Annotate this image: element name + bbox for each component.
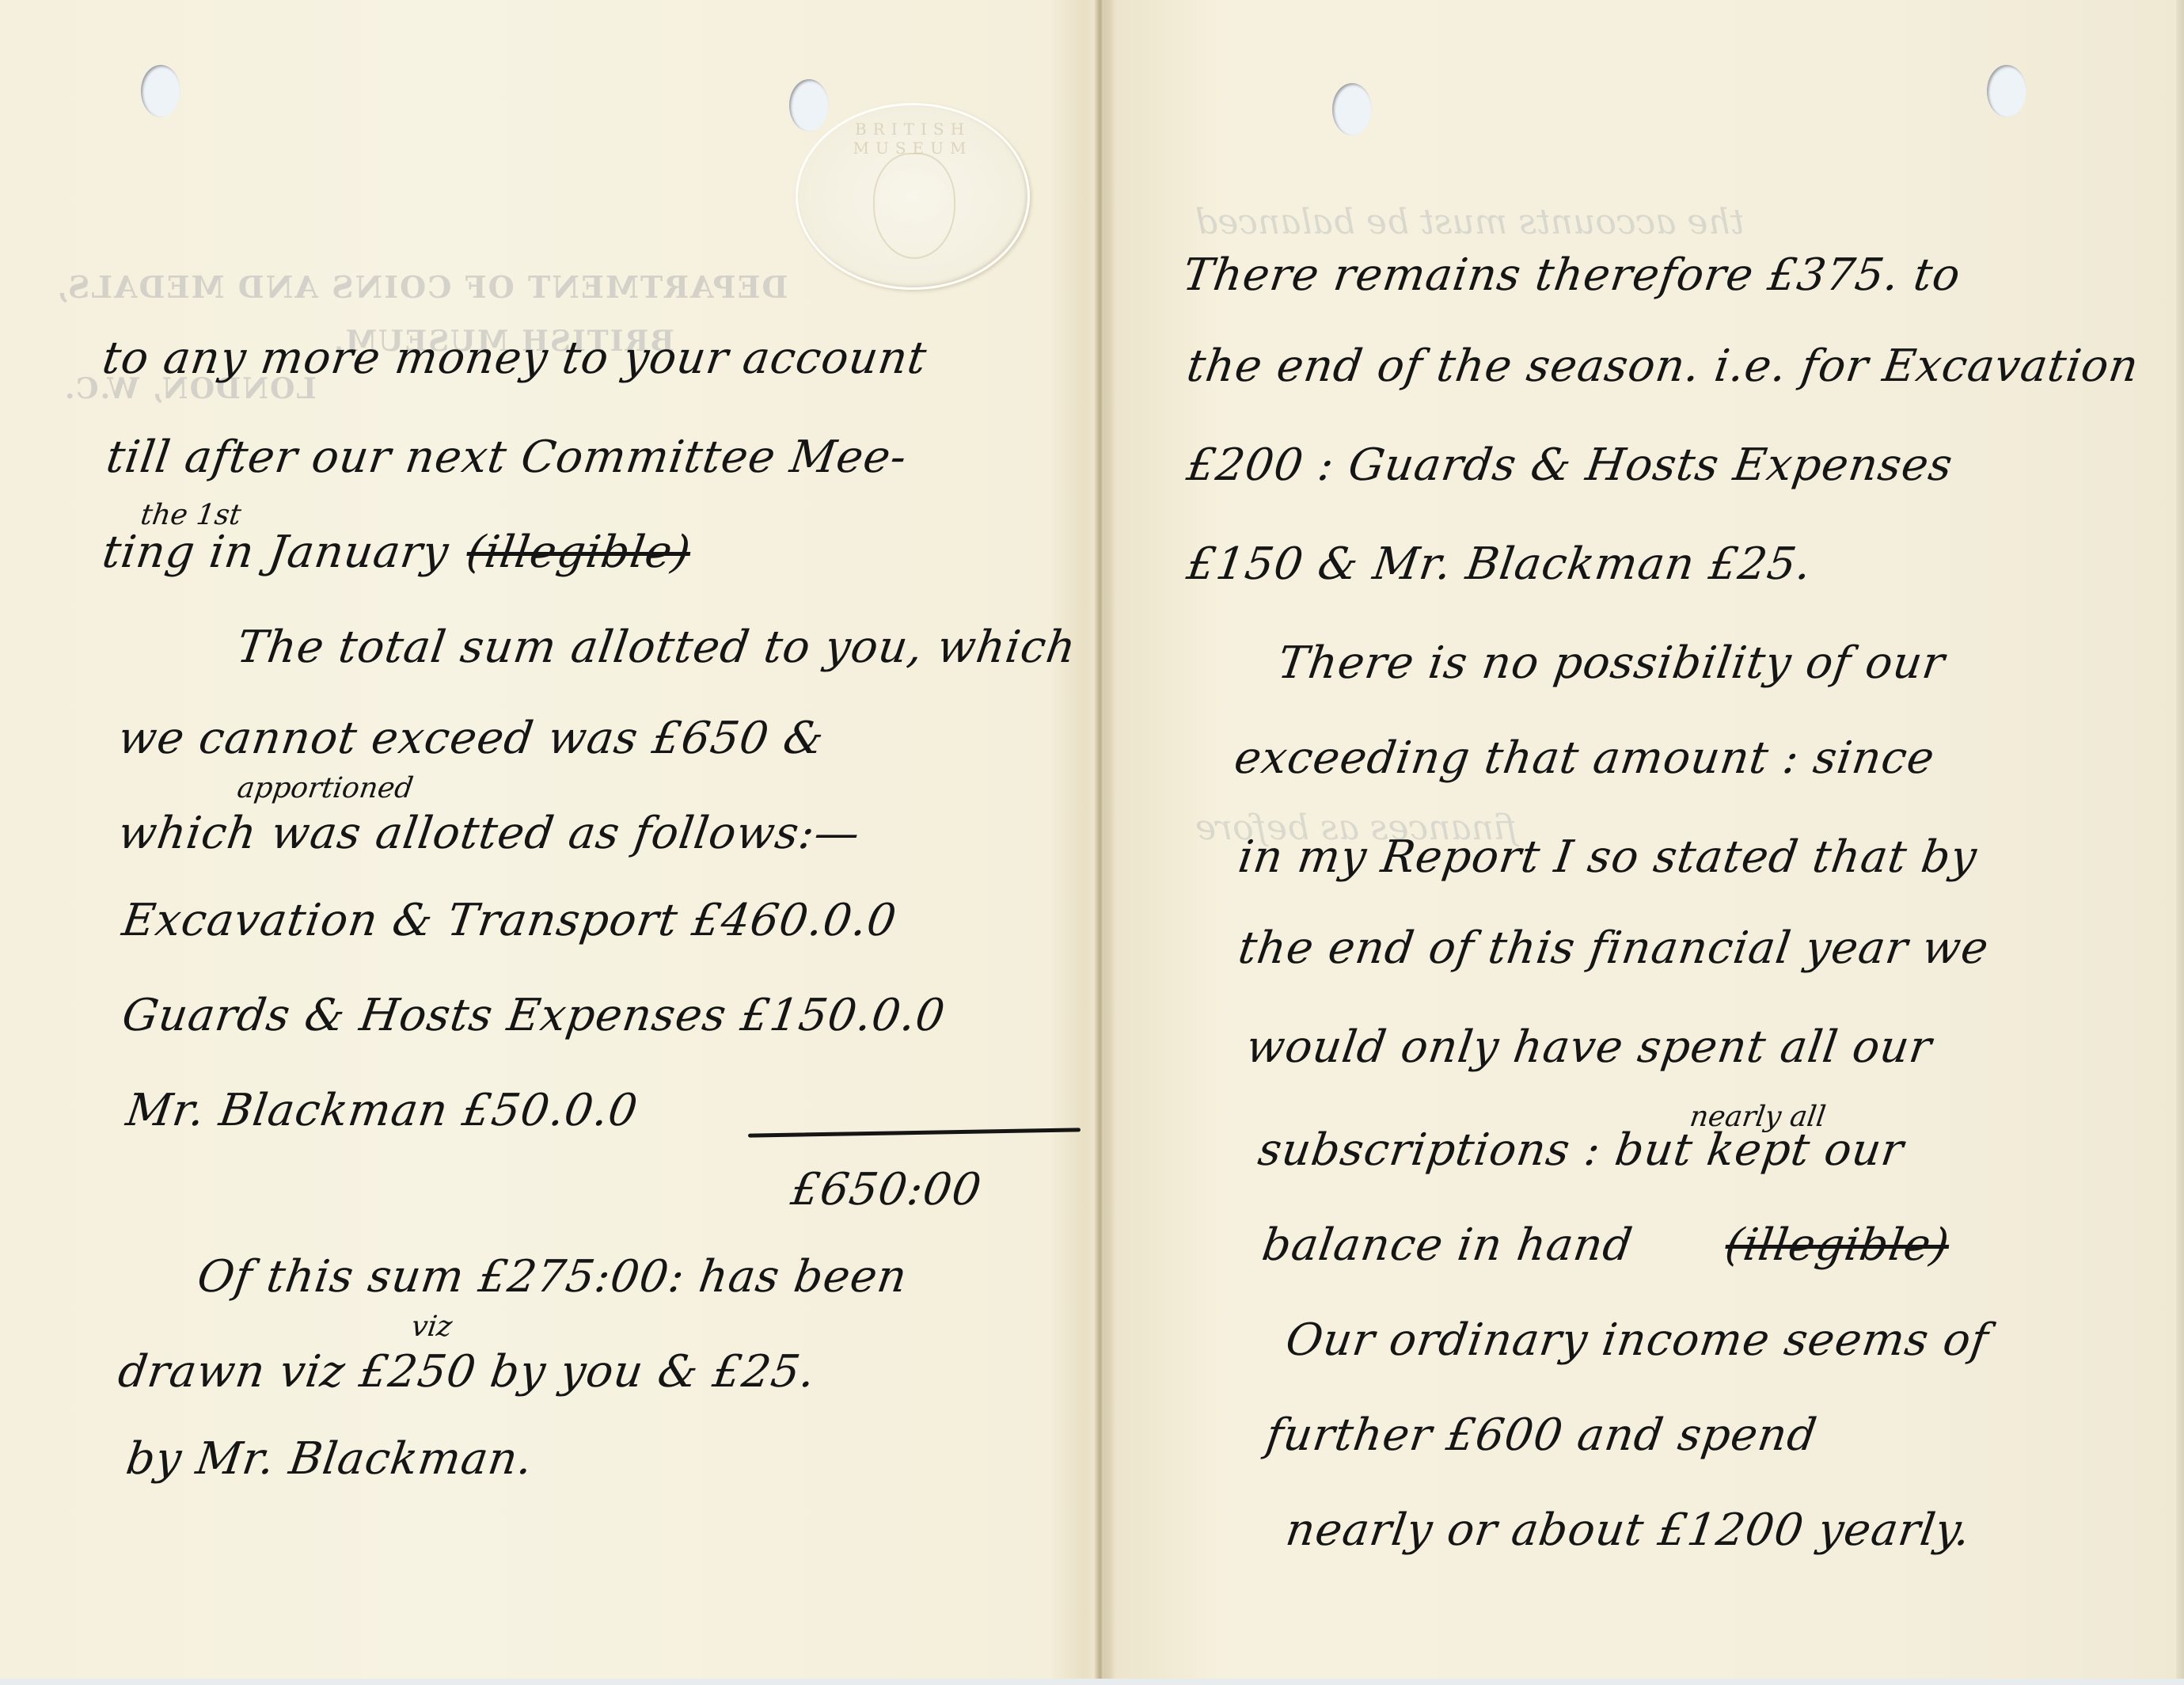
punch-hole-icon (141, 65, 180, 117)
struck-text: (illegible) (463, 527, 693, 578)
letter-line: by Mr. Blackman. (123, 1433, 536, 1485)
letter-line: The total sum allotted to you, which (234, 622, 1079, 673)
letter-line: in my Report I so stated that by (1235, 831, 1980, 883)
budget-row: Mr. Blackman £50.0.0 (123, 1085, 641, 1136)
letter-line: exceeding that amount : since (1231, 732, 1938, 784)
letter-line: the end of this financial year we (1235, 922, 1992, 974)
letter-line: There remains therefore £375. to (1179, 249, 1963, 301)
letter-line: would only have spent all our (1243, 1021, 1935, 1073)
letter-line: till after our next Committee Mee- (103, 432, 910, 483)
letter-line: which was allotted as follows:— (115, 808, 863, 859)
letter-line: There is no possibility of our (1274, 637, 1948, 689)
inserted-text: apportioned (235, 772, 415, 804)
letter-line: subscriptions : but kept our (1255, 1124, 1907, 1176)
letter-line: we cannot exceed was £650 & (115, 713, 827, 764)
letter-line: Of this sum £275:00: has been (194, 1251, 910, 1303)
letter-line: Our ordinary income seems of (1282, 1314, 1992, 1366)
scan-bottom-edge (0, 1679, 2184, 1685)
punch-hole-icon (1987, 65, 2026, 117)
letter-line: drawn viz £250 by you & £25. (115, 1346, 819, 1398)
struck-text: (illegible) (1722, 1219, 1952, 1271)
budget-row: Guards & Hosts Expenses £150.0.0 (119, 990, 948, 1041)
right-page: the accounts must be balanced finances a… (1108, 0, 2184, 1685)
letter-line: to any more money to your account (99, 333, 930, 384)
letter-line: £200 : Guards & Hosts Expenses (1183, 439, 1956, 491)
letter-line: ting in January (99, 527, 452, 578)
crest-icon (873, 153, 955, 259)
letter-line: the end of the season. i.e. for Excavati… (1183, 340, 2142, 392)
seal-text: BRITISH MUSEUM (798, 120, 1027, 158)
letter-line: balance in hand (1259, 1219, 1635, 1271)
budget-row: Excavation & Transport £460.0.0 (119, 895, 899, 946)
letter-spread: BRITISH MUSEUM DEPARTMENT OF COINS AND M… (0, 0, 2184, 1685)
inserted-text: viz (409, 1310, 454, 1343)
letter-line: nearly or about £1200 yearly. (1282, 1504, 1973, 1556)
embossed-seal: BRITISH MUSEUM (796, 103, 1030, 290)
left-page: BRITISH MUSEUM DEPARTMENT OF COINS AND M… (0, 0, 1100, 1685)
budget-total: £650:00 (788, 1164, 985, 1215)
letterhead-department: DEPARTMENT OF COINS AND MEDALS, (55, 269, 788, 305)
letter-line: further £600 and spend (1263, 1409, 1820, 1461)
bleed-through-text: the accounts must be balanced (1195, 202, 1744, 242)
letter-line: £150 & Mr. Blackman £25. (1183, 538, 1814, 590)
total-rule (748, 1128, 1081, 1137)
punch-hole-icon (1332, 83, 1372, 135)
